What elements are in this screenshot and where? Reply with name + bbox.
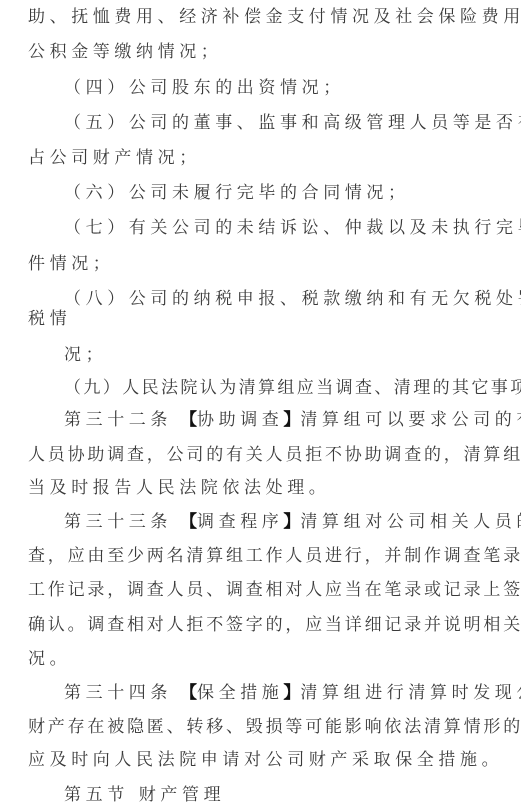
text-line: 公积金等缴纳情况； [28, 41, 222, 63]
list-item-6: （六）公司未履行完毕的合同情况； [64, 182, 410, 204]
article-number: 第三十二条 [64, 410, 172, 430]
text-line: 查，应由至少两名清算组工作人员进行，并制作调查笔录或 [28, 545, 521, 567]
list-item-9: （九）人民法院认为清算组应当调查、清理的其它事项。 [64, 377, 521, 399]
text-line: 确认。调查相对人拒不签字的，应当详细记录并说明相关情 [28, 614, 521, 636]
bracket-open: 【 [180, 683, 197, 703]
list-item-7: （七）有关公司的未结诉讼、仲裁以及未执行完毕的案 [64, 217, 521, 239]
bracket-open: 【 [180, 410, 197, 430]
article-title: 保全措施 [197, 683, 283, 703]
bracket-close: 】 [283, 410, 300, 430]
article-text: 清算组进行清算时发现公司 [300, 683, 521, 703]
article-33-heading: 第三十三条【调查程序】清算组对公司相关人员的调 [64, 511, 521, 533]
bracket-open: 【 [180, 512, 197, 532]
list-item-8: （八）公司的纳税申报、税款缴纳和有无欠税处罚等涉 [64, 288, 521, 310]
article-title: 调查程序 [197, 512, 283, 532]
text-line: 件情况； [28, 253, 114, 275]
article-34-heading: 第三十四条【保全措施】清算组进行清算时发现公司 [64, 682, 521, 704]
article-text: 清算组可以要求公司的有关 [300, 410, 521, 430]
article-text: 清算组对公司相关人员的调 [300, 512, 521, 532]
text-line: 应及时向人民法院申请对公司财产采取保全措施。 [28, 749, 503, 771]
article-32-heading: 第三十二条【协助调查】清算组可以要求公司的有关 [64, 409, 521, 431]
document-page: 助、抚恤费用、经济补偿金支付情况及社会保险费用、住房 公积金等缴纳情况； （四）… [0, 0, 521, 807]
list-item-5: （五）公司的董事、监事和高级管理人员等是否存在侵 [64, 112, 521, 134]
text-line: 况。 [28, 648, 71, 670]
text-line: 人员协助调查，公司的有关人员拒不协助调查的，清算组应 [28, 444, 521, 466]
text-line: 税情 [28, 308, 71, 330]
text-line: 助、抚恤费用、经济补偿金支付情况及社会保险费用、住房 [28, 6, 521, 28]
list-item-4: （四）公司股东的出资情况； [64, 77, 345, 99]
text-line: 工作记录，调查人员、调查相对人应当在笔录或记录上签字 [28, 579, 521, 601]
section-heading: 第五节 财产管理 [64, 784, 225, 806]
text-line: 财产存在被隐匿、转移、毁损等可能影响依法清算情形的， [28, 716, 521, 738]
text-line: 当及时报告人民法院依法处理。 [28, 477, 330, 499]
bracket-close: 】 [283, 512, 300, 532]
text-line: 占公司财产情况； [28, 147, 201, 169]
article-number: 第三十四条 [64, 683, 172, 703]
bracket-close: 】 [283, 683, 300, 703]
article-number: 第三十三条 [64, 512, 172, 532]
text-line: 况； [64, 344, 107, 366]
article-title: 协助调查 [197, 410, 283, 430]
